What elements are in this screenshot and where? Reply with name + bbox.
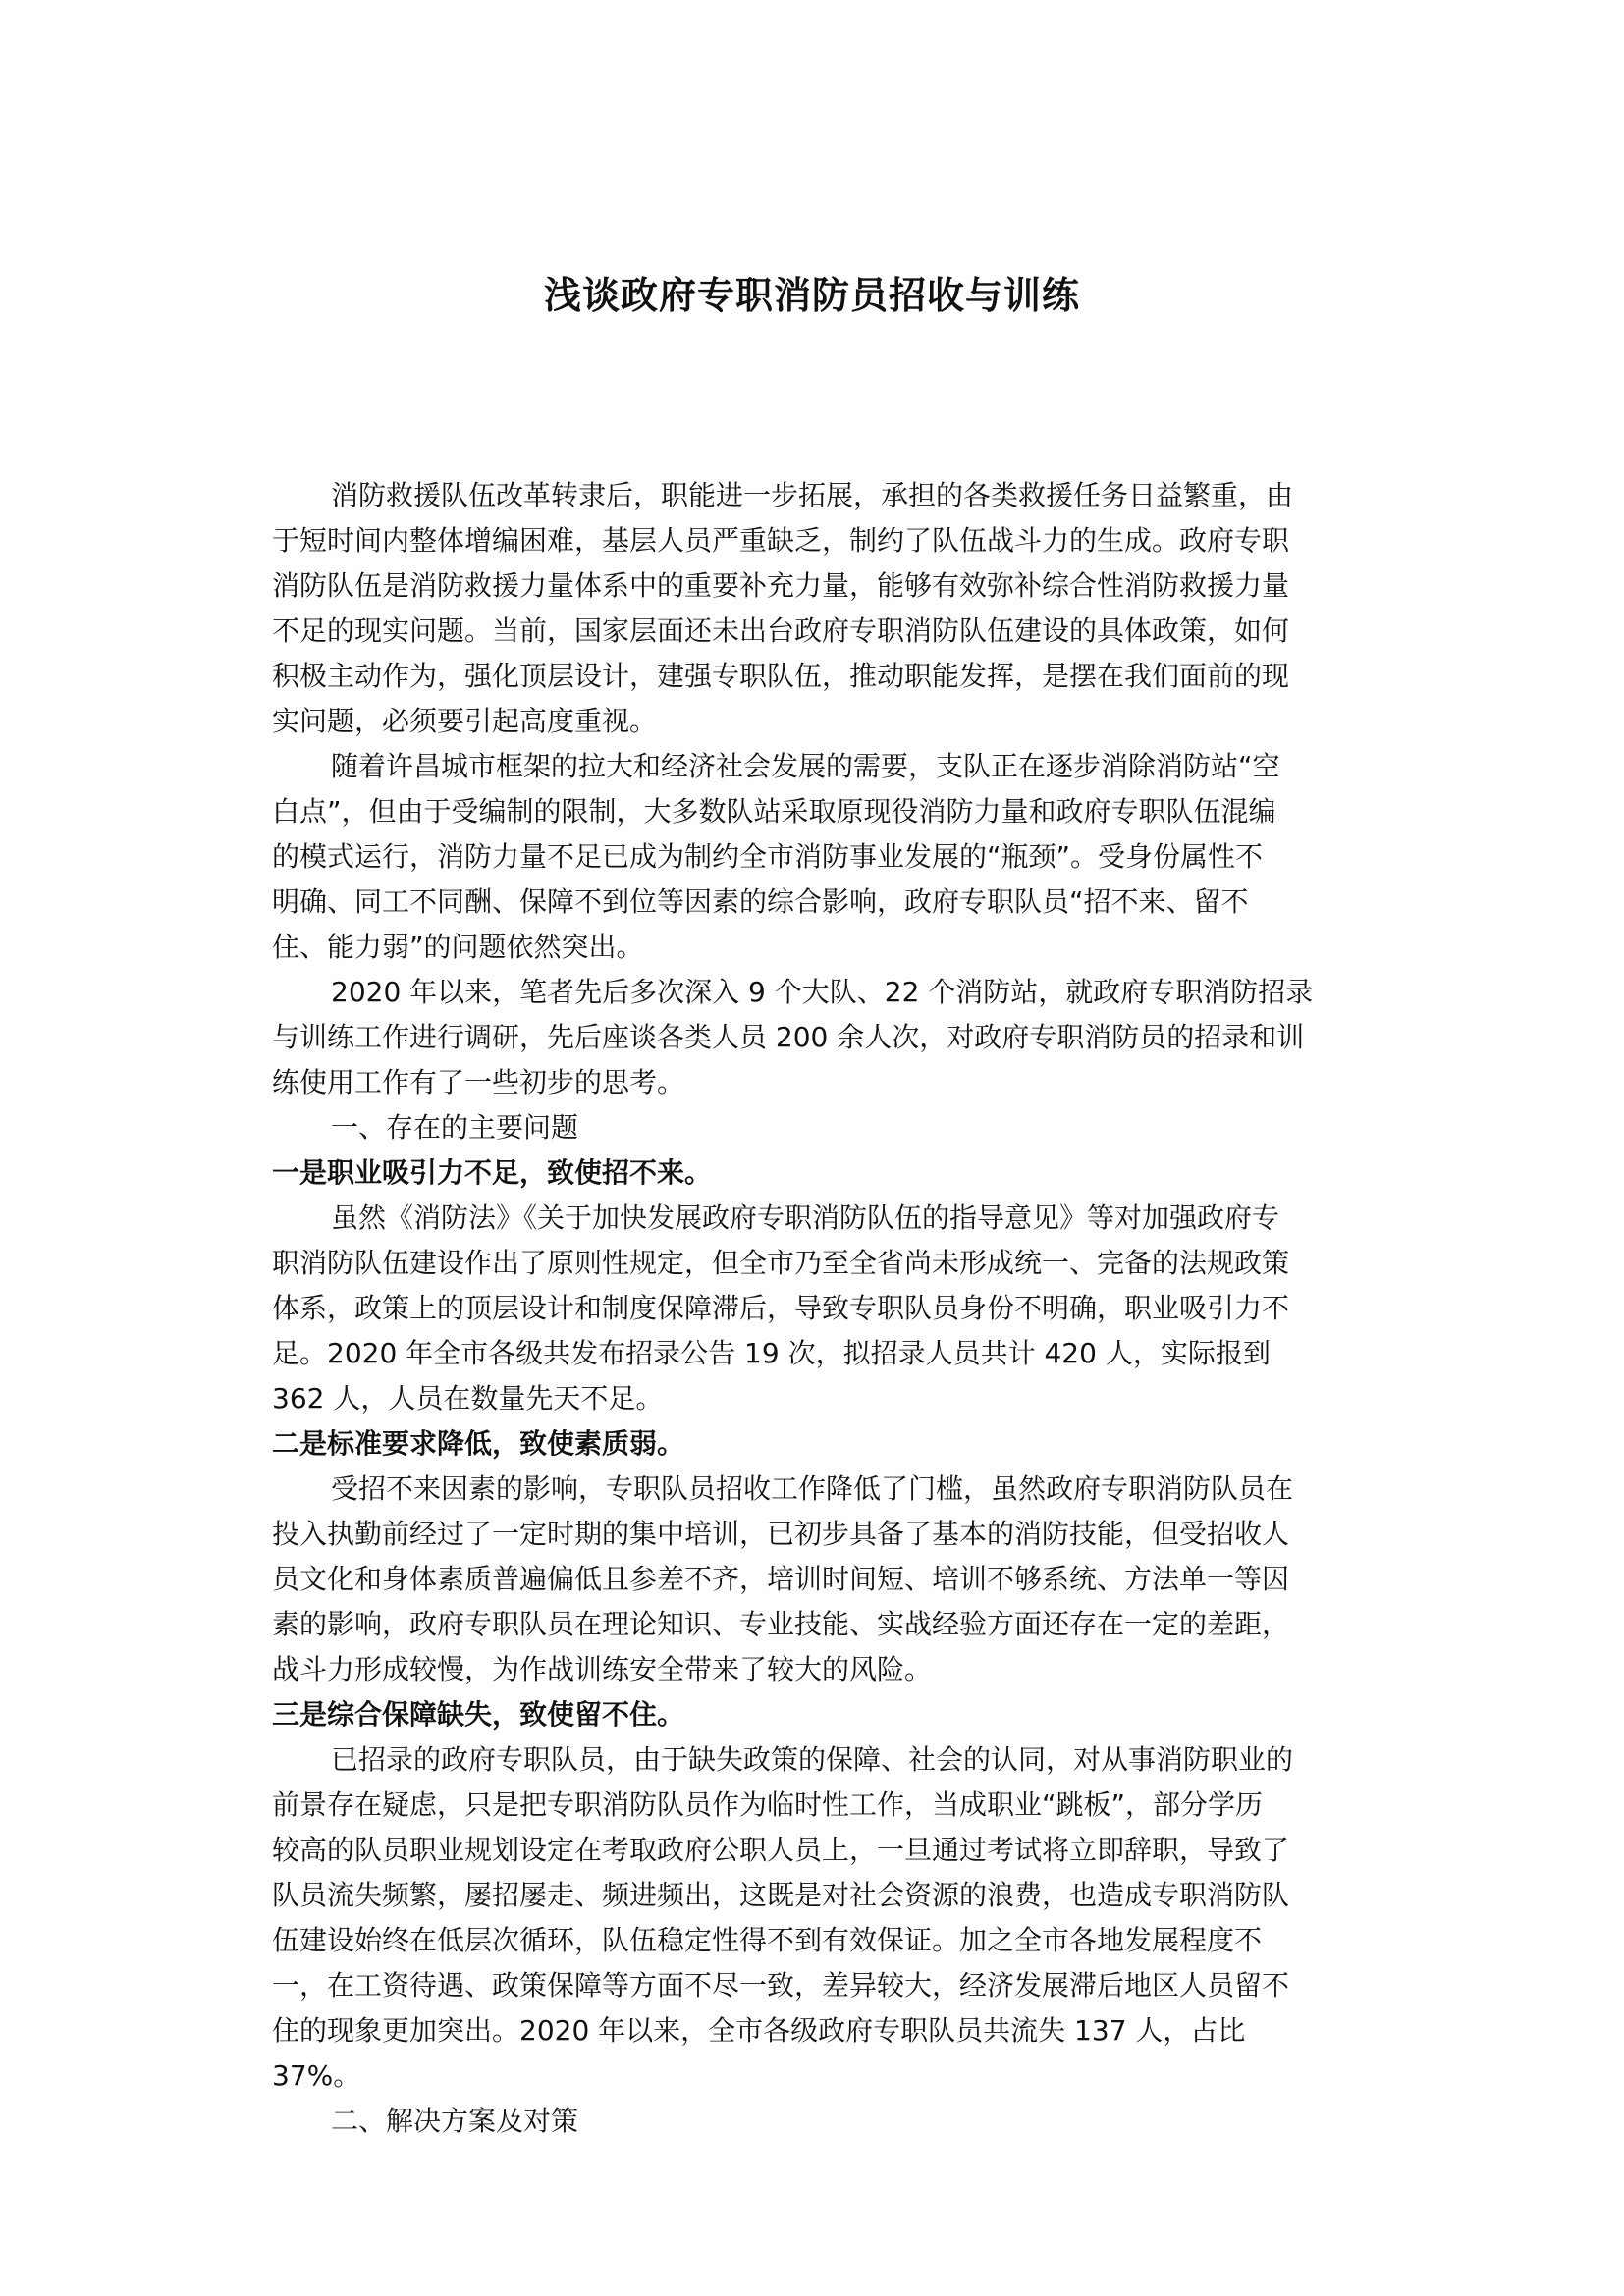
section-subheading: 三是综合保障缺失，致使留不住。 xyxy=(272,1692,1347,1737)
text-line: 消防救援队伍改革转隶后，职能进一步拓展，承担的各类救援任务日益繁重，由 xyxy=(272,473,1347,518)
text-line: 的模式运行，消防力量不足已成为制约全市消防事业发展的“瓶颈”。受身份属性不 xyxy=(272,834,1347,880)
text-line: 白点”，但由于受编制的限制，大多数队站采取原现役消防力量和政府专职队伍混编 xyxy=(272,789,1347,834)
text-line: 不足的现实问题。当前，国家层面还未出台政府专职消防队伍建设的具体政策，如何 xyxy=(272,609,1347,654)
text-line: 实问题，必须要引起高度重视。 xyxy=(272,699,1347,744)
document-page: 浅谈政府专职消防员招收与训练 消防救援队伍改革转隶后，职能进一步拓展，承担的各类… xyxy=(0,0,1624,2296)
text-line: 伍建设始终在低层次循环，队伍稳定性得不到有效保证。加之全市各地发展程度不 xyxy=(272,1918,1347,1963)
text-line: 队员流失频繁，屡招屡走、频进频出，这既是对社会资源的浪费，也造成专职消防队 xyxy=(272,1873,1347,1918)
text-line: 受招不来因素的影响，专职队员招收工作降低了门槛，虽然政府专职消防队员在 xyxy=(272,1467,1347,1512)
text-line: 住的现象更加突出。2020 年以来，全市各级政府专职队员共流失 137 人，占比 xyxy=(272,2008,1347,2054)
text-line: 一、存在的主要问题 xyxy=(272,1105,1347,1150)
text-line: 战斗力形成较慢，为作战训练安全带来了较大的风险。 xyxy=(272,1647,1347,1692)
text-line: 积极主动作为，强化顶层设计，建强专职队伍，推动职能发挥，是摆在我们面前的现 xyxy=(272,654,1347,699)
section-subheading: 二是标准要求降低，致使素质弱。 xyxy=(272,1421,1347,1467)
text-line: 2020 年以来，笔者先后多次深入 9 个大队、22 个消防站，就政府专职消防招… xyxy=(272,970,1347,1015)
text-line: 住、能力弱”的问题依然突出。 xyxy=(272,925,1347,970)
text-line: 362 人，人员在数量先天不足。 xyxy=(272,1376,1347,1421)
text-line: 37%。 xyxy=(272,2054,1347,2099)
text-line: 员文化和身体素质普遍偏低且参差不齐，培训时间短、培训不够系统、方法单一等因 xyxy=(272,1557,1347,1602)
text-line: 练使用工作有了一些初步的思考。 xyxy=(272,1060,1347,1105)
section-subheading: 一是职业吸引力不足，致使招不来。 xyxy=(272,1150,1347,1196)
document-body: 消防救援队伍改革转隶后，职能进一步拓展，承担的各类救援任务日益繁重，由于短时间内… xyxy=(272,473,1347,2144)
text-line: 与训练工作进行调研，先后座谈各类人员 200 余人次，对政府专职消防员的招录和训 xyxy=(272,1015,1347,1060)
text-line: 素的影响，政府专职队员在理论知识、专业技能、实战经验方面还存在一定的差距， xyxy=(272,1602,1347,1647)
document-title: 浅谈政府专职消防员招收与训练 xyxy=(0,265,1624,319)
text-line: 已招录的政府专职队员，由于缺失政策的保障、社会的认同，对从事消防职业的 xyxy=(272,1737,1347,1783)
text-line: 明确、同工不同酬、保障不到位等因素的综合影响，政府专职队员“招不来、留不 xyxy=(272,880,1347,925)
text-line: 足。2020 年全市各级共发布招录公告 19 次，拟招录人员共计 420 人，实… xyxy=(272,1331,1347,1376)
text-line: 消防队伍是消防救援力量体系中的重要补充力量，能够有效弥补综合性消防救援力量 xyxy=(272,563,1347,609)
text-line: 随着许昌城市框架的拉大和经济社会发展的需要，支队正在逐步消除消防站“空 xyxy=(272,744,1347,789)
text-line: 一，在工资待遇、政策保障等方面不尽一致，差异较大，经济发展滞后地区人员留不 xyxy=(272,1963,1347,2008)
text-line: 职消防队伍建设作出了原则性规定，但全市乃至全省尚未形成统一、完备的法规政策 xyxy=(272,1241,1347,1286)
text-line: 较高的队员职业规划设定在考取政府公职人员上，一旦通过考试将立即辞职，导致了 xyxy=(272,1828,1347,1873)
text-line: 于短时间内整体增编困难，基层人员严重缺乏，制约了队伍战斗力的生成。政府专职 xyxy=(272,518,1347,563)
text-line: 投入执勤前经过了一定时期的集中培训，已初步具备了基本的消防技能，但受招收人 xyxy=(272,1512,1347,1557)
text-line: 二、解决方案及对策 xyxy=(272,2099,1347,2144)
text-line: 前景存在疑虑，只是把专职消防队员作为临时性工作，当成职业“跳板”，部分学历 xyxy=(272,1783,1347,1828)
text-line: 虽然《消防法》《关于加快发展政府专职消防队伍的指导意见》等对加强政府专 xyxy=(272,1196,1347,1241)
text-line: 体系，政策上的顶层设计和制度保障滞后，导致专职队员身份不明确，职业吸引力不 xyxy=(272,1286,1347,1331)
